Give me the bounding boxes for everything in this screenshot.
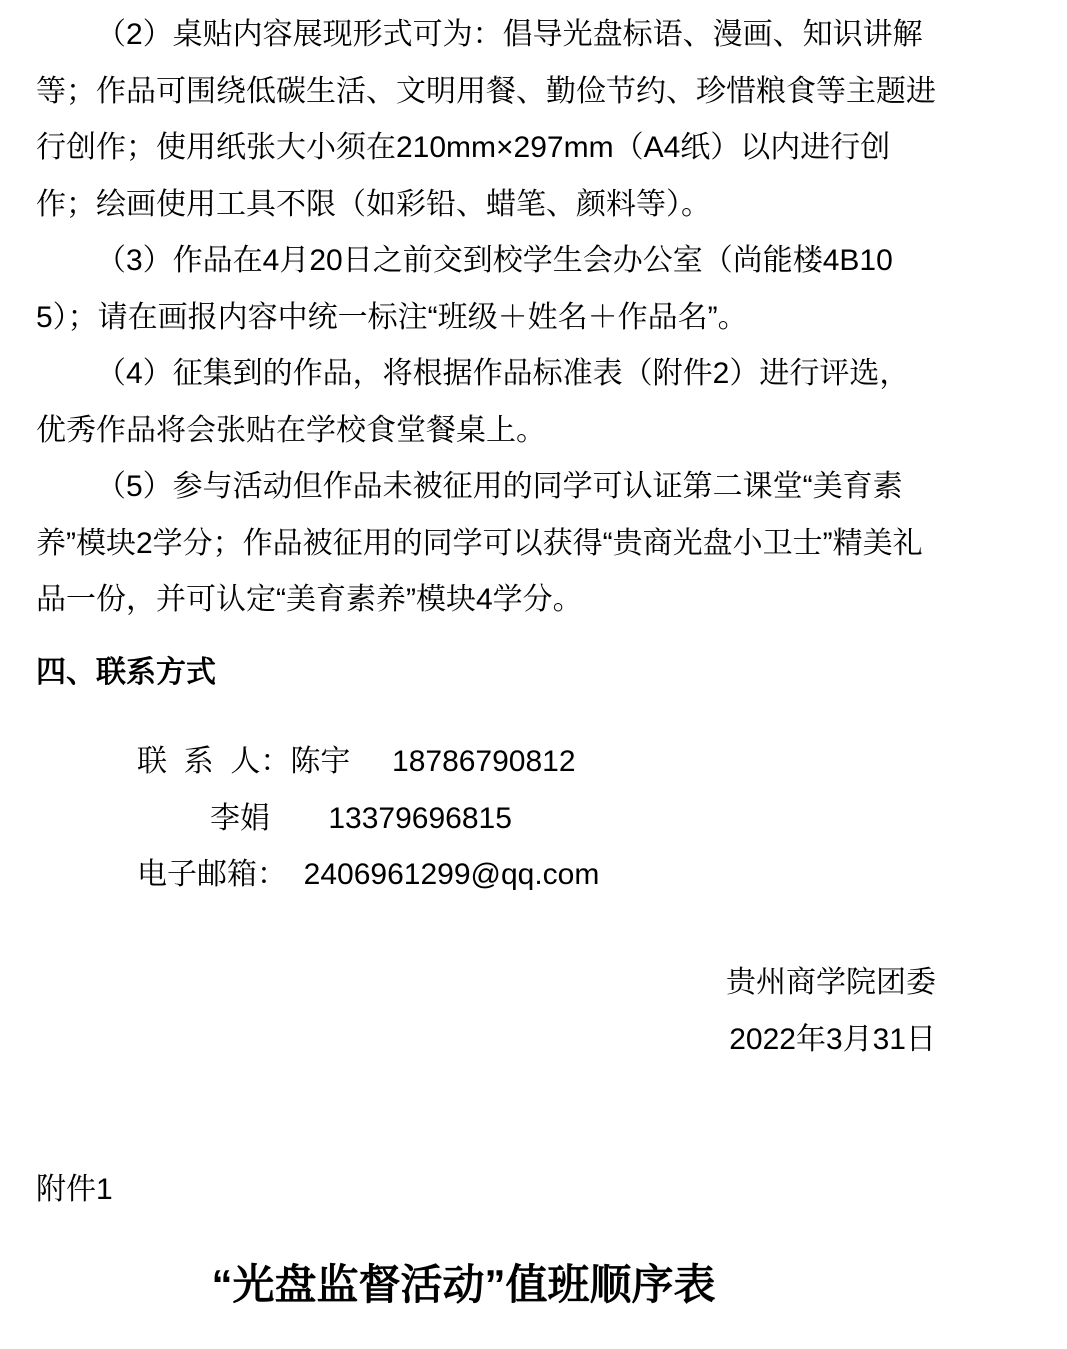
paragraph-4: （4）征集到的作品，将根据作品标准表（附件2）进行评选， 优秀作品将会张贴在学校…	[36, 346, 936, 459]
paragraph-5-line: （5）参与活动但作品未被征用的同学可认证第二课堂“美育素	[36, 459, 936, 516]
paragraph-2-line: 行创作；使用纸张大小须在210mm×297mm（A4纸）以内进行创	[36, 120, 936, 177]
contact-person-2: 李娟 13379696815	[137, 791, 936, 848]
paragraph-2: （2）桌贴内容展现形式可为：倡导光盘标语、漫画、知识讲解 等；作品可围绕低碳生活…	[36, 7, 936, 233]
paragraph-2-line: （2）桌贴内容展现形式可为：倡导光盘标语、漫画、知识讲解	[36, 7, 936, 64]
contact-section-heading: 四、联系方式	[36, 645, 936, 702]
signature-organization: 贵州商学院团委	[36, 955, 936, 1012]
paragraph-5-line: 品一份，并可认定“美育素养”模块4学分。	[36, 572, 936, 629]
contact-email: 电子邮箱： 2406961299@qq.com	[137, 847, 936, 904]
paragraph-3-line: 5）；请在画报内容中统一标注“班级＋姓名＋作品名”。	[36, 290, 936, 347]
document-page: （2）桌贴内容展现形式可为：倡导光盘标语、漫画、知识讲解 等；作品可围绕低碳生活…	[0, 0, 1067, 1349]
paragraph-5-line: 养”模块2学分；作品被征用的同学可以获得“贵商光盘小卫士”精美礼	[36, 516, 936, 573]
notice-body: （2）桌贴内容展现形式可为：倡导光盘标语、漫画、知识讲解 等；作品可围绕低碳生活…	[36, 7, 936, 629]
paragraph-4-line: 优秀作品将会张贴在学校食堂餐桌上。	[36, 403, 936, 460]
paragraph-4-line: （4）征集到的作品，将根据作品标准表（附件2）进行评选，	[36, 346, 936, 403]
contact-person-1: 联 系 人：陈宇 18786790812	[137, 734, 936, 791]
paragraph-3-line: （3）作品在4月20日之前交到校学生会办公室（尚能楼4B10	[36, 233, 936, 290]
signature-date: 2022年3月31日	[36, 1012, 936, 1069]
contact-block: 联 系 人：陈宇 18786790812 李娟 13379696815 电子邮箱…	[137, 734, 936, 904]
paragraph-2-line: 作；绘画使用工具不限（如彩铅、蜡笔、颜料等）。	[36, 177, 936, 234]
attachment-title: “光盘监督活动”值班顺序表	[36, 1255, 891, 1315]
signature-block: 贵州商学院团委 2022年3月31日	[36, 955, 936, 1068]
paragraph-3: （3）作品在4月20日之前交到校学生会办公室（尚能楼4B10 5）；请在画报内容…	[36, 233, 936, 346]
paragraph-2-line: 等；作品可围绕低碳生活、文明用餐、勤俭节约、珍惜粮食等主题进	[36, 64, 936, 121]
attachment-label: 附件1	[36, 1162, 936, 1219]
paragraph-5: （5）参与活动但作品未被征用的同学可认证第二课堂“美育素 养”模块2学分；作品被…	[36, 459, 936, 629]
